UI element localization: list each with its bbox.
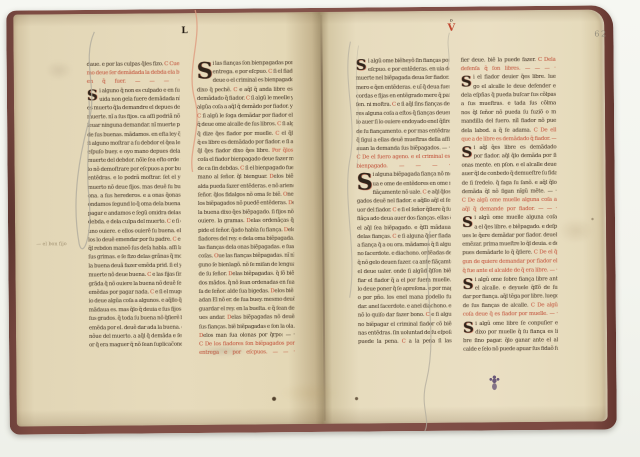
illuminated-initial: S [462,214,473,231]
running-title-right: o V [443,19,459,34]
stain-spot [591,218,594,221]
text-line: puede la pena. C a la pena ſi las [358,337,452,347]
manuscript-book: L — el bon fijo daue. e por las culpas q… [6,5,617,434]
text-line: muerte nel biẽpagada deua ſer fiador. ſi… [356,73,450,83]
library-crown-stamp-icon [488,375,500,393]
stain-spot [355,397,359,401]
right-page: o V 62 Si algũ ome biẽheyõ ſin fianças p… [6,5,617,434]
ghost-text-smudge [558,218,594,244]
illuminated-initial: S [462,275,473,292]
stain-spot [272,396,277,401]
right-page-column-2: fier deue. biẽ la puede fazer. C Deladef… [461,55,559,354]
text-line: q̃ nõ gelo deuen fazer. ca ante fiãçamte [357,258,451,268]
text-line: fiãça ado deua auer dos fianças. ellas q… [357,214,451,224]
right-page-column-1: Si algũ ome biẽheyõ ſin fianças poreſcpu… [356,56,452,346]
running-title-numeral: V [443,24,459,34]
text-line: lo auer ſi lo ouiere endoyado enel q̃ſir… [356,117,450,127]
ghost-text-smudge [45,60,73,80]
illuminated-initial: S [463,319,474,336]
illuminated-initial: S [461,73,472,90]
rubric-line: gun de quiere demandar por fiador el [462,257,557,267]
photo-backdrop: L — el bon fijo daue. e por las culpas q… [0,0,640,457]
text-line: mandilla del fuero. nĩl fiador nõ pue [461,116,556,126]
text-line: i el fiador deuier q̃es libre. lue [473,72,556,81]
text-line: calde e ſelo nõ puede apuar ſus fidaõ ſu [463,344,558,354]
text-line: i alguna biẽpagada fiança nõ mo [372,170,450,179]
folio-number: 62 [594,29,607,38]
illuminated-initial: S [356,57,367,74]
text-line: i algũ ome muelle alguna coſa [474,213,557,222]
illuminated-initial: S [461,143,472,160]
illuminated-initial: S [357,171,372,197]
